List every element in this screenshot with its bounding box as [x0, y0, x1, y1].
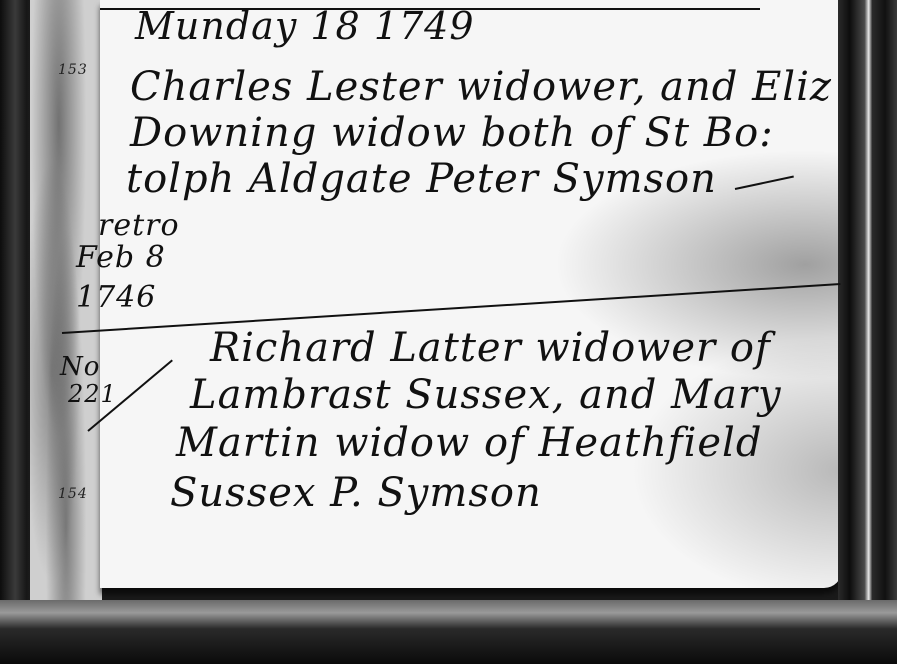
entry-line: Downing widow both of St Bo:	[130, 110, 774, 156]
entry-line: Richard Latter widower of	[210, 325, 771, 371]
margin-note-line: retro	[98, 208, 180, 243]
bottom-binding-edge	[0, 600, 897, 664]
entry-line: Sussex P. Symson	[170, 470, 542, 516]
entry-number: 221	[68, 380, 117, 408]
entry-line: Lambrast Sussex, and Mary	[190, 372, 782, 418]
margin-note-line: 1746	[76, 280, 156, 315]
date-heading: Munday 18 1749	[135, 4, 475, 48]
entry-line: Charles Lester widower, and Eliz	[130, 64, 832, 110]
right-binding	[838, 0, 897, 664]
entry-line: tolph Aldgate Peter Symson	[126, 156, 717, 202]
folio-number: 154	[58, 486, 88, 502]
folio-number: 153	[58, 62, 88, 78]
margin-note-line: Feb 8	[76, 240, 166, 275]
entry-number-label: No	[60, 352, 100, 382]
entry-line: Martin widow of Heathfield	[176, 420, 762, 466]
